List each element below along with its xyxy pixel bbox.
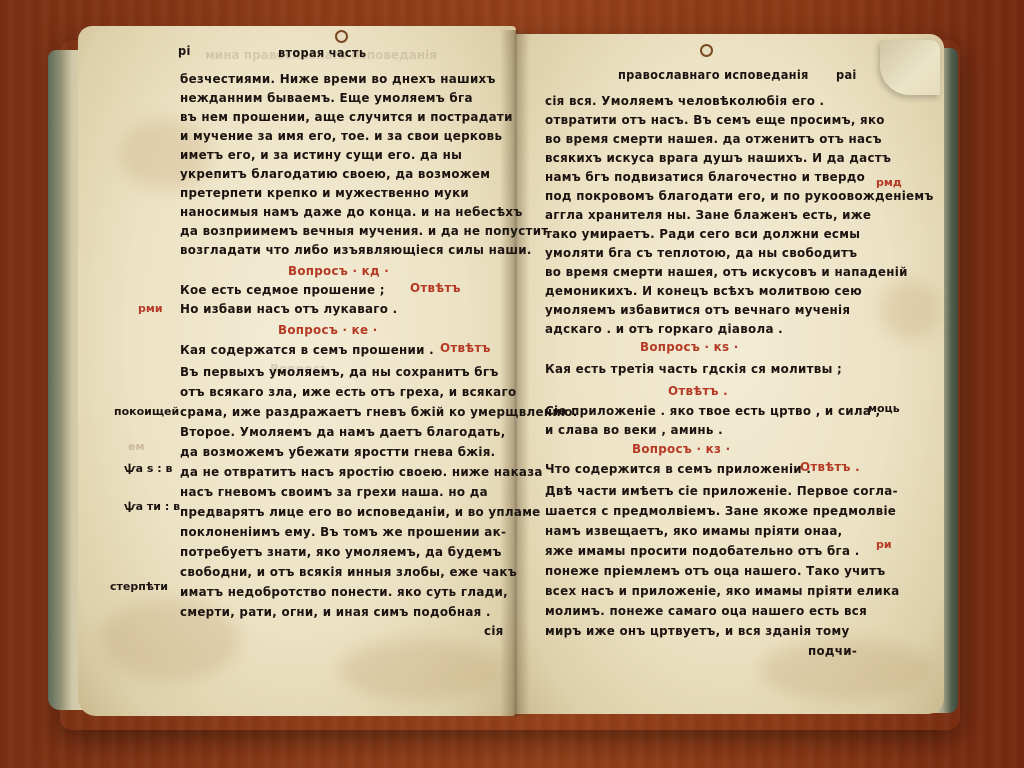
margin-note: ем: [128, 440, 144, 453]
question-text: Кая содержатся в семъ прошении .: [180, 343, 434, 357]
text-line: сія вся. Умоляемъ человѣколюбія его .: [545, 94, 824, 108]
paper-stain: [340, 640, 500, 700]
text-line: яже имамы просити подобательно отъ бга .: [545, 544, 860, 558]
text-line: намъ извещаетъ, яко имамы пріяти онаа,: [545, 524, 842, 538]
text-line: Въ первыхъ умоляемъ, да ны сохранитъ бгъ: [180, 365, 499, 379]
text-line: возгладати что либо изъявляющіеся силы н…: [180, 243, 532, 257]
margin-note: ѱа ти : в: [124, 500, 180, 513]
text-line: предварятъ лице его во исповеданіи, и во…: [180, 505, 541, 519]
answer-text: и слава во веки , аминь .: [545, 423, 723, 437]
text-line: Двѣ части имѣетъ сіе приложеніе. Первое …: [545, 484, 898, 498]
text-line: претерпети крепко и мужественно муки: [180, 186, 469, 200]
text-line: въ нем прошении, аще случится и пострада…: [180, 110, 513, 124]
margin-note: стерпѣти: [110, 580, 168, 593]
running-header: вторая часть: [278, 46, 366, 60]
margin-note: рмд: [876, 176, 902, 189]
folio-number: раі: [836, 68, 857, 82]
text-line: смерти, рати, огни, и иная симъ подобная…: [180, 605, 491, 619]
question-text: Кое есть седмое прошение ;: [180, 283, 385, 297]
text-line: миръ иже онъ цртвуетъ, и вся зданія тому: [545, 624, 849, 638]
margin-note: моць: [868, 402, 900, 415]
text-line: иметъ его, и за истину сущи его. да ны: [180, 148, 462, 162]
text-line: потребуетъ знати, яко умоляемъ, да будем…: [180, 545, 502, 559]
text-line: понеже пріемлемъ отъ оца нашего. Тако уч…: [545, 564, 886, 578]
catchword: подчи-: [808, 644, 857, 658]
text-line: насъ гневомъ своимъ за грехи наша. но да: [180, 485, 488, 499]
answer-text: Сіе приложеніе . яко твое есть цртво , и…: [545, 404, 880, 418]
question-text: Кая есть третія часть гдскія ся молитвы …: [545, 362, 842, 376]
text-line: тако умираетъ. Ради сего вси должни есмы: [545, 227, 860, 241]
text-line: да возприимемъ вечныя мучения. и да не п…: [180, 224, 548, 238]
text-line: безчестиями. Ниже времи во днехъ нашихъ: [180, 72, 496, 86]
binding-hole: [335, 30, 348, 43]
catchword: сія: [484, 624, 504, 638]
text-line: под покровомъ благодати его, и по рукоов…: [545, 189, 934, 203]
question-heading: Вопросъ · кѕ ·: [640, 340, 739, 354]
text-line: молимъ. понеже самаго оца нашего есть вс…: [545, 604, 867, 618]
answer-heading: Отвѣтъ .: [668, 384, 728, 398]
text-line: свободни, и отъ всякія инныя злобы, еже …: [180, 565, 517, 579]
text-line: всякихъ искуса врага душъ нашихъ. И да д…: [545, 151, 891, 165]
text-line: демоникихъ. И конецъ всѣхъ молитвою сею: [545, 284, 862, 298]
text-line: всех насъ и приложеніе, яко имамы пріяти…: [545, 584, 899, 598]
text-line: шается с предмолвіемъ. Зане якоже предмо…: [545, 504, 896, 518]
text-line: наносимыя намъ даже до конца. и на небес…: [180, 205, 523, 219]
question-text: Что содержится в семъ приложеніи .: [545, 462, 811, 476]
text-line: срама, иже раздражаетъ гневъ бжій ко уме…: [180, 405, 578, 419]
answer-heading: Отвѣтъ: [440, 341, 491, 355]
text-line: иматъ недобротство понести. яко суть гла…: [180, 585, 508, 599]
margin-note: рми: [138, 302, 163, 315]
text-line: поклоненіимъ ему. Въ томъ же прошении ак…: [180, 525, 506, 539]
margin-note: покоищей: [114, 405, 179, 418]
text-line: укрепитъ благодатию своею, да возможем: [180, 167, 490, 181]
margin-note: ѱа s : в: [124, 462, 173, 475]
folded-page-corner: [880, 40, 940, 95]
text-line: во время смерти нашея, отъ искусовъ и на…: [545, 265, 908, 279]
question-heading: Вопросъ · кз ·: [632, 442, 730, 456]
text-line: отвратити отъ насъ. Въ семъ еще просимъ,…: [545, 113, 885, 127]
text-line: во время смерти нашея. да отженитъ отъ н…: [545, 132, 882, 146]
text-line: намъ бгъ подвизатися благочестно и тверд…: [545, 170, 865, 184]
text-line: адскаго . и отъ горкаго діавола .: [545, 322, 783, 336]
text-line: отъ всякаго зла, иже есть отъ греха, и в…: [180, 385, 516, 399]
text-line: умоляемъ избавитися отъ вечнаго мученія: [545, 303, 850, 317]
text-line: нежданним бываемъ. Еще умоляемъ бга: [180, 91, 473, 105]
text-line: да возможемъ убежати яростти гнева бжія.: [180, 445, 495, 459]
question-heading: Вопросъ · ке ·: [278, 323, 378, 337]
text-line: Второе. Умоляемъ да намъ даетъ благодать…: [180, 425, 505, 439]
answer-heading: Отвѣтъ: [410, 281, 461, 295]
text-line: и мучение за имя его, тое. и за свои цер…: [180, 129, 502, 143]
question-heading: Вопросъ · кд ·: [288, 264, 389, 278]
margin-note: ри: [876, 538, 892, 551]
text-line: аггла хранителя ны. Зане блаженъ есть, и…: [545, 208, 871, 222]
book-gutter: [500, 30, 530, 716]
binding-hole: [700, 44, 713, 57]
folio-number: рі: [178, 44, 191, 58]
answer-heading: Отвѣтъ .: [800, 460, 860, 474]
answer-text: Но избави насъ отъ лукаваго .: [180, 302, 397, 316]
running-header: православнаго исповеданія: [618, 68, 809, 82]
text-line: да не отвратитъ насъ яростію своею. ниже…: [180, 465, 543, 479]
paper-stain: [880, 280, 940, 340]
text-line: умоляти бга съ теплотою, да ны свободитъ: [545, 246, 857, 260]
